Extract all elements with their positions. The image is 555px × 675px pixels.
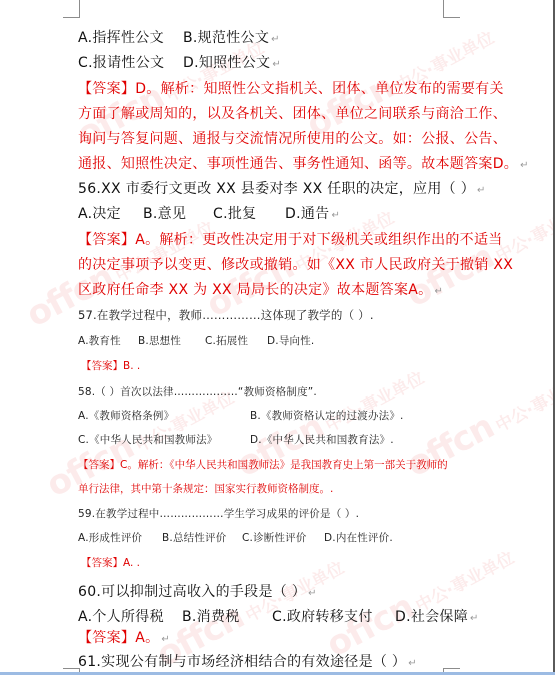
paragraph-mark: ↵ <box>331 210 340 221</box>
q56-answer-text: 区政府任命李 XX 为 XX 局局长的决定》故本题答案A。 <box>78 282 432 298</box>
q55-answer-line: 通报、知照性决定、事项性通告、事务性通知、函等。故本题答案D。↵ <box>78 153 529 173</box>
q56-answer-line: 的决定事项予以变更、修改或撤销。如《XX 市人民政府关于撤销 XX <box>78 254 513 274</box>
option-c: C.批复 <box>213 203 285 223</box>
q58-answer-line: 【答案】C。解析：《中华人民共和国教师法》是我国教育史上第一部关于教师的 <box>78 457 448 472</box>
option-d: D.通告 <box>285 203 329 223</box>
option-b: B.规范性公文 <box>183 27 269 47</box>
document-page: offcn中公·事业单位 offcn中公·事业单位 offcn中公·事业单位 o… <box>0 0 555 672</box>
q57-options: A.教育性B.思想性C.拓展性D.导向性. <box>78 333 314 348</box>
answer-text: 【答案】A。 <box>78 630 159 646</box>
q55-options-row1: A.指挥性公文B.规范性公文↵ <box>78 27 280 47</box>
crop-mark-top-right <box>443 0 460 18</box>
option-b: B.消费税 <box>182 606 272 626</box>
q57-answer: 【答案】B. . <box>81 358 140 373</box>
option-d: D.知照性公文 <box>183 52 270 72</box>
option-b: B.《教师资格认定的过渡办法》. <box>250 408 404 423</box>
option-c: C.《中华人民共和国教师法》 <box>78 432 250 447</box>
option-d: D.《中华人民共和国教育法》. <box>250 432 394 447</box>
q59-question: 59.在教学过程中………………学生学习成果的评价是（ ）. <box>78 506 359 521</box>
paragraph-mark: ↵ <box>308 588 317 599</box>
q55-options-row2: C.报请性公文D.知照性公文↵ <box>78 52 281 72</box>
option-b: B.思想性 <box>138 333 205 348</box>
paragraph-mark: ↵ <box>477 185 486 196</box>
question-text: 60.可以抑制过高收入的手段是（ ） <box>78 584 306 600</box>
option-c: C.政府转移支付 <box>272 606 395 626</box>
paragraph-mark: ↵ <box>161 634 170 645</box>
option-c: C.拓展性 <box>205 333 267 348</box>
paragraph-mark: ↵ <box>470 613 479 624</box>
option-d: D.内在性评价. <box>324 530 393 545</box>
q56-answer-line: 区政府任命李 XX 为 XX 局局长的决定》故本题答案A。↵ <box>78 279 443 299</box>
option-c: C.报请性公文 <box>78 52 183 72</box>
q58-options-row1: A.《教师资格条例》B.《教师资格认定的过渡办法》. <box>78 408 404 423</box>
crop-mark-top-left <box>63 0 80 18</box>
q60-options: A.个人所得税B.消费税C.政府转移支付D.社会保障↵ <box>78 606 479 626</box>
option-c: C.诊断性评价 <box>242 530 324 545</box>
paragraph-mark: ↵ <box>408 658 417 669</box>
question-text: 56.XX 市委行文更改 XX 县委对李 XX 任职的决定，应用（ ） <box>78 181 475 197</box>
q55-answer-line: 方面了解或周知的，以及各机关、团体、单位之间联系与商洽工作、 <box>78 103 507 123</box>
paragraph-mark: ↵ <box>272 59 281 70</box>
q59-options: A.形成性评价B.总结性评价C.诊断性评价D.内在性评价. <box>78 530 393 545</box>
option-a: A.决定 <box>78 203 143 223</box>
option-a: A.个人所得税 <box>78 606 182 626</box>
q56-answer-line: 【答案】A。解析：更改性决定用于对下级机关或组织作出的不适当 <box>78 229 503 249</box>
q58-question: 58.（ ）首次以法律………………“教师资格制度”. <box>78 384 317 399</box>
q56-options: A.决定B.意见C.批复D.通告↵ <box>78 203 340 223</box>
paragraph-mark: ↵ <box>271 34 280 45</box>
question-text: 61.实现公有制与市场经济相结合的有效途径是（ ） <box>78 654 406 670</box>
q55-answer-text: 通报、知照性决定、事项性通告、事务性通知、函等。故本题答案D。 <box>78 156 518 172</box>
q56-question: 56.XX 市委行文更改 XX 县委对李 XX 任职的决定，应用（ ）↵ <box>78 178 486 198</box>
watermark: offcn中公·事业单位 <box>320 534 520 665</box>
option-d: D.社会保障 <box>395 606 468 626</box>
option-b: B.意见 <box>143 203 213 223</box>
option-a: A.教育性 <box>78 333 138 348</box>
q60-question: 60.可以抑制过高收入的手段是（ ）↵ <box>78 581 317 601</box>
q60-answer: 【答案】A。↵ <box>78 627 170 647</box>
paragraph-mark: ↵ <box>520 160 529 171</box>
q58-options-row2: C.《中华人民共和国教师法》D.《中华人民共和国教育法》. <box>78 432 394 447</box>
q61-question: 61.实现公有制与市场经济相结合的有效途径是（ ）↵ <box>78 651 417 671</box>
q55-answer-line: 【答案】D。解析：知照性公文指机关、团体、单位发布的需要有关 <box>78 78 504 98</box>
option-a: A.《教师资格条例》 <box>78 408 250 423</box>
q55-answer-line: 询问与答复问题、通报与交流情况所使用的公文。如：公报、公告、 <box>78 128 507 148</box>
q57-question: 57.在教学过程中，教师……………这体现了教学的（ ）. <box>78 307 374 323</box>
option-a: A.形成性评价 <box>78 530 162 545</box>
paragraph-mark: ↵ <box>434 286 443 297</box>
option-b: B.总结性评价 <box>162 530 242 545</box>
q58-answer-line: 单行法律，其中第十条规定：国家实行教师资格制度。. <box>78 481 333 496</box>
q59-answer: 【答案】A. . <box>81 555 140 570</box>
option-d: D.导向性. <box>267 333 314 348</box>
option-a: A.指挥性公文 <box>78 27 183 47</box>
